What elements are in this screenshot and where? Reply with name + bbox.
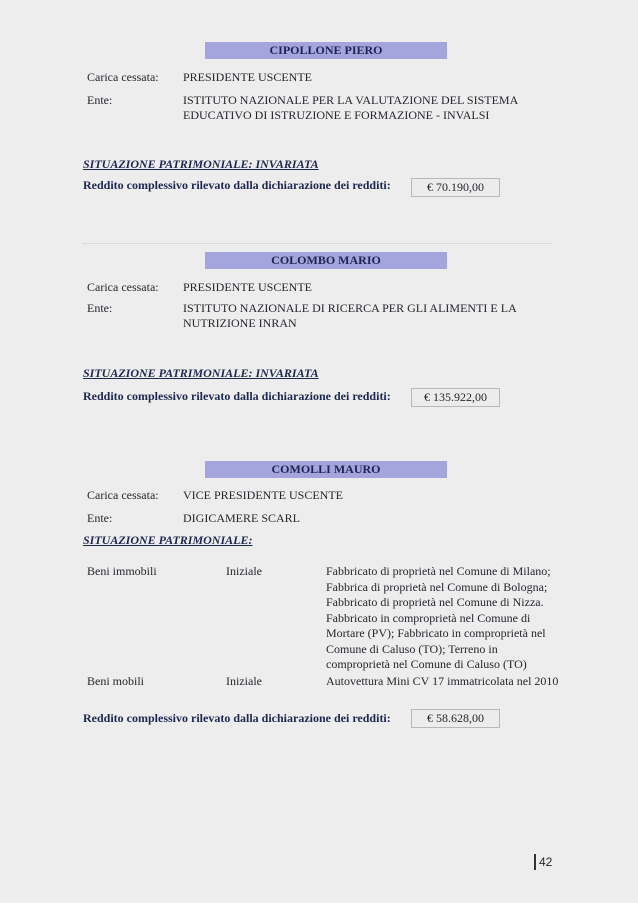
ente-value-line: NUTRIZIONE INRAN	[183, 316, 517, 331]
asset-description-line: Fabbrica di proprietà nel Comune di Bolo…	[326, 580, 551, 596]
ente-value-line: ISTITUTO NAZIONALE PER LA VALUTAZIONE DE…	[183, 93, 518, 108]
asset-description-line: Fabbricato di proprietà nel Comune di Mi…	[326, 564, 551, 580]
carica-label: Carica cessata:	[87, 280, 159, 295]
reddito-label: Reddito complessivo rilevato dalla dichi…	[83, 711, 391, 726]
person-name-header: COMOLLI MAURO	[205, 461, 447, 478]
asset-status: Iniziale	[226, 674, 262, 690]
ente-value-line: ISTITUTO NAZIONALE DI RICERCA PER GLI AL…	[183, 301, 517, 316]
situazione-patrimoniale-heading: SITUAZIONE PATRIMONIALE:	[83, 533, 252, 548]
ente-value: ISTITUTO NAZIONALE DI RICERCA PER GLI AL…	[183, 301, 517, 331]
asset-description-line: comproprietà nel Comune di Caluso (TO)	[326, 657, 551, 673]
asset-description-line: Fabbricato di proprietà nel Comune di Ni…	[326, 595, 551, 611]
reddito-value: € 135.922,00	[411, 388, 500, 407]
ente-label: Ente:	[87, 301, 112, 316]
page-number: 42	[534, 854, 552, 870]
reddito-value: € 58.628,00	[411, 709, 500, 728]
carica-value: PRESIDENTE USCENTE	[183, 280, 312, 295]
carica-value: PRESIDENTE USCENTE	[183, 70, 312, 85]
carica-label: Carica cessata:	[87, 70, 159, 85]
reddito-value: € 70.190,00	[411, 178, 500, 197]
reddito-label: Reddito complessivo rilevato dalla dichi…	[83, 389, 391, 404]
asset-description-line: Fabbricato in comproprietà nel Comune di	[326, 611, 551, 627]
situazione-patrimoniale-heading: SITUAZIONE PATRIMONIALE: INVARIATA	[83, 366, 319, 381]
ente-value-line: EDUCATIVO DI ISTRUZIONE E FORMAZIONE - I…	[183, 108, 518, 123]
asset-description: Fabbricato di proprietà nel Comune di Mi…	[326, 564, 551, 673]
reddito-label: Reddito complessivo rilevato dalla dichi…	[83, 178, 391, 193]
person-name-header: COLOMBO MARIO	[205, 252, 447, 269]
asset-description-line: Mortare (PV); Fabbricato in comproprietà…	[326, 626, 551, 642]
situazione-patrimoniale-heading: SITUAZIONE PATRIMONIALE: INVARIATA	[83, 157, 319, 172]
ente-label: Ente:	[87, 511, 112, 526]
carica-label: Carica cessata:	[87, 488, 159, 503]
person-name-header: CIPOLLONE PIERO	[205, 42, 447, 59]
ente-value: DIGICAMERE SCARL	[183, 511, 300, 526]
carica-value: VICE PRESIDENTE USCENTE	[183, 488, 343, 503]
asset-description: Autovettura Mini CV 17 immatricolata nel…	[326, 674, 558, 690]
asset-status: Iniziale	[226, 564, 262, 580]
asset-description-line: Comune di Caluso (TO); Terreno in	[326, 642, 551, 658]
asset-type: Beni immobili	[87, 564, 157, 580]
section-divider	[82, 243, 552, 244]
ente-label: Ente:	[87, 93, 112, 108]
asset-type: Beni mobili	[87, 674, 144, 690]
ente-value: ISTITUTO NAZIONALE PER LA VALUTAZIONE DE…	[183, 93, 518, 123]
